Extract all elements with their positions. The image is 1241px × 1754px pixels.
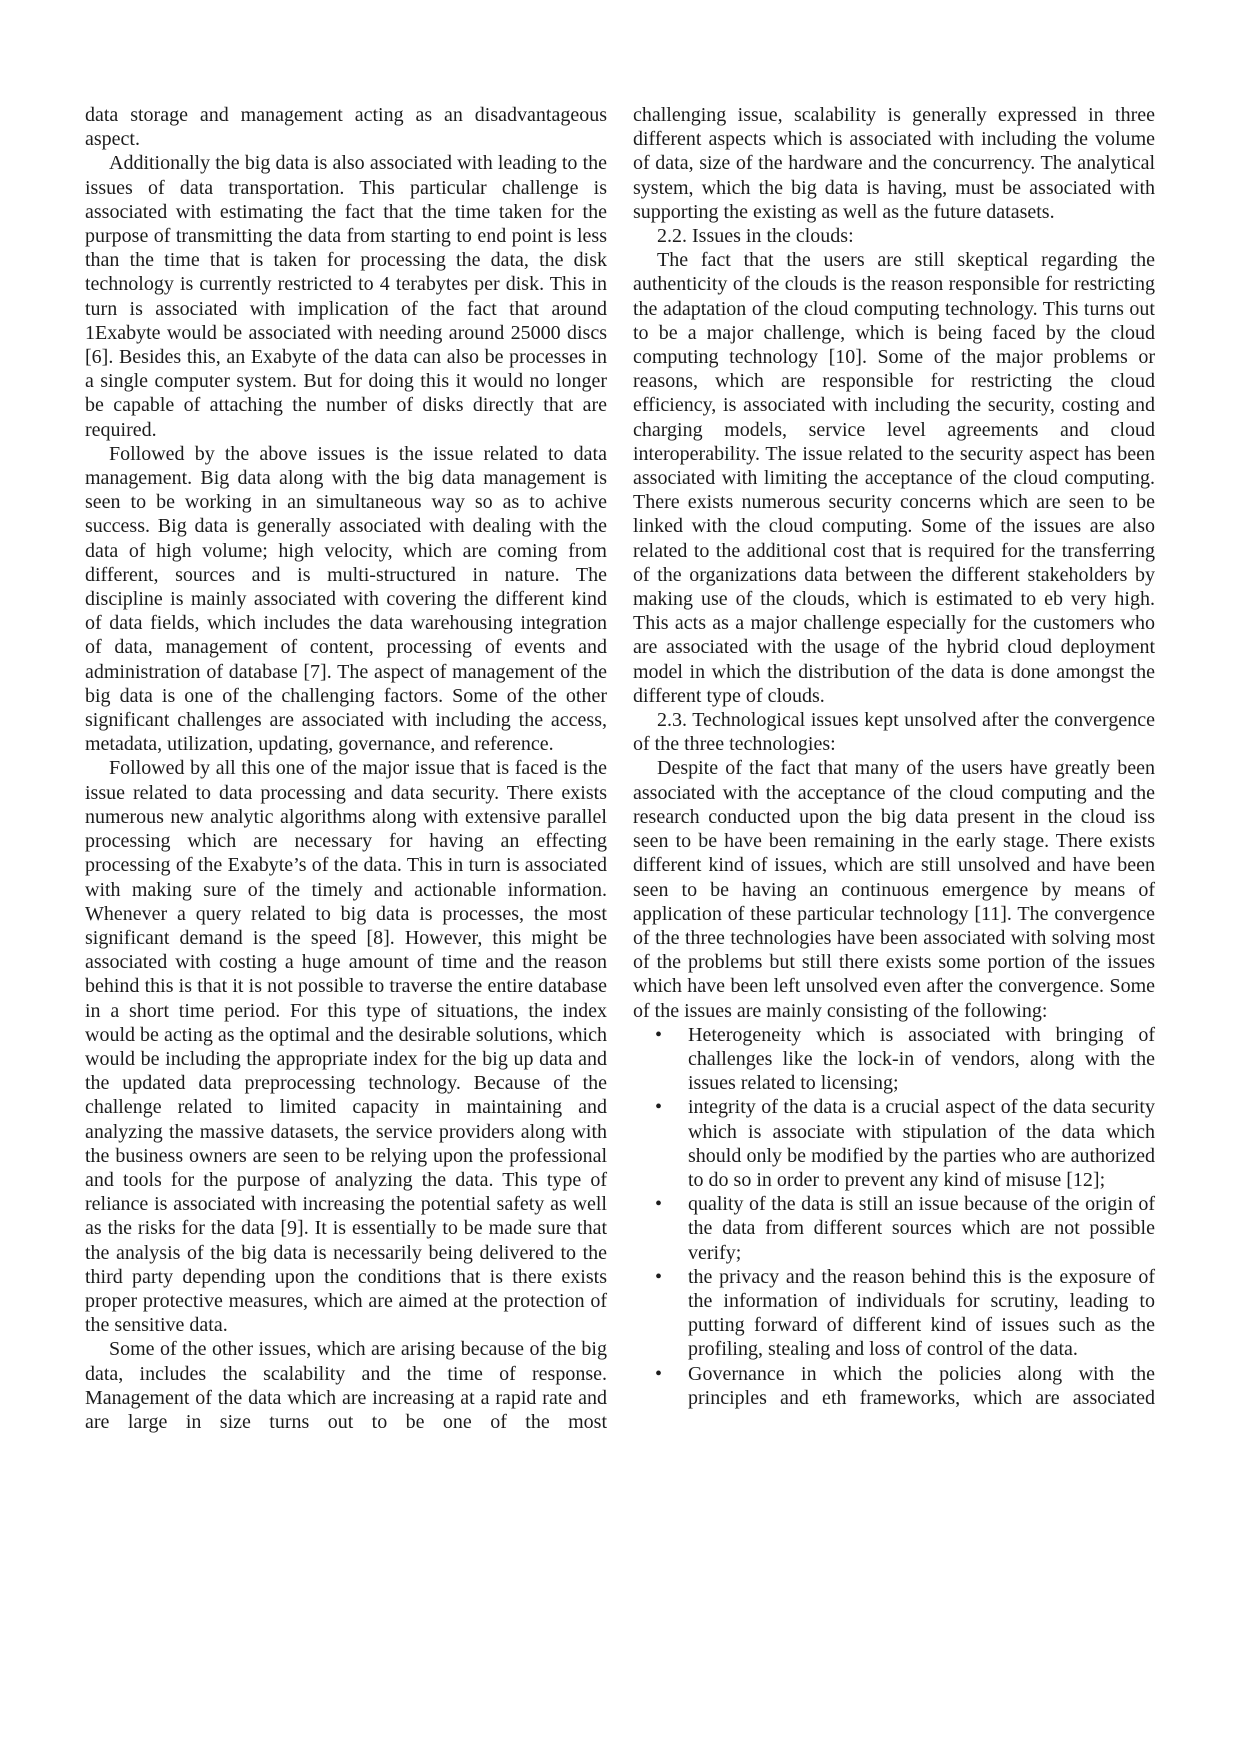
bullet-text: the privacy and the reason behind this i… xyxy=(688,1266,1155,1361)
bullet-icon: • xyxy=(655,1095,662,1119)
bullet-item: •integrity of the data is a crucial aspe… xyxy=(633,1095,1155,1192)
bullet-icon: • xyxy=(655,1265,662,1289)
paragraph: Followed by all this one of the major is… xyxy=(85,756,607,1337)
section-heading-2-3: 2.3. Technological issues kept unsolved … xyxy=(633,708,1155,756)
bullet-item: •quality of the data is still an issue b… xyxy=(633,1192,1155,1265)
bullet-text: integrity of the data is a crucial aspec… xyxy=(688,1096,1155,1191)
page: data storage and management acting as an… xyxy=(0,0,1241,1754)
paragraph: Additionally the big data is also associ… xyxy=(85,151,607,441)
right-column: challenging issue, scalability is genera… xyxy=(633,103,1155,1434)
issues-bullet-list: •Heterogeneity which is associated with … xyxy=(633,1023,1155,1410)
bullet-icon: • xyxy=(655,1192,662,1216)
paragraph-continuation: challenging issue, scalability is genera… xyxy=(633,103,1155,224)
section-heading-2-2: 2.2. Issues in the clouds: xyxy=(633,224,1155,248)
bullet-text: Heterogeneity which is associated with b… xyxy=(688,1024,1155,1094)
bullet-icon: • xyxy=(655,1362,662,1386)
bullet-icon: • xyxy=(655,1023,662,1047)
paragraph: Some of the other issues, which are aris… xyxy=(85,1337,607,1434)
text-columns: data storage and management acting as an… xyxy=(85,103,1155,1434)
paragraph: Despite of the fact that many of the use… xyxy=(633,756,1155,1022)
bullet-item: •the privacy and the reason behind this … xyxy=(633,1265,1155,1362)
left-column: data storage and management acting as an… xyxy=(85,103,607,1434)
bullet-item: •Governance in which the policies along … xyxy=(633,1362,1155,1410)
bullet-text: quality of the data is still an issue be… xyxy=(688,1193,1155,1263)
paragraph: The fact that the users are still skepti… xyxy=(633,248,1155,708)
paragraph-continuation: data storage and management acting as an… xyxy=(85,103,607,151)
paragraph: Followed by the above issues is the issu… xyxy=(85,442,607,757)
bullet-item: •Heterogeneity which is associated with … xyxy=(633,1023,1155,1096)
bullet-text: Governance in which the policies along w… xyxy=(688,1363,1155,1409)
